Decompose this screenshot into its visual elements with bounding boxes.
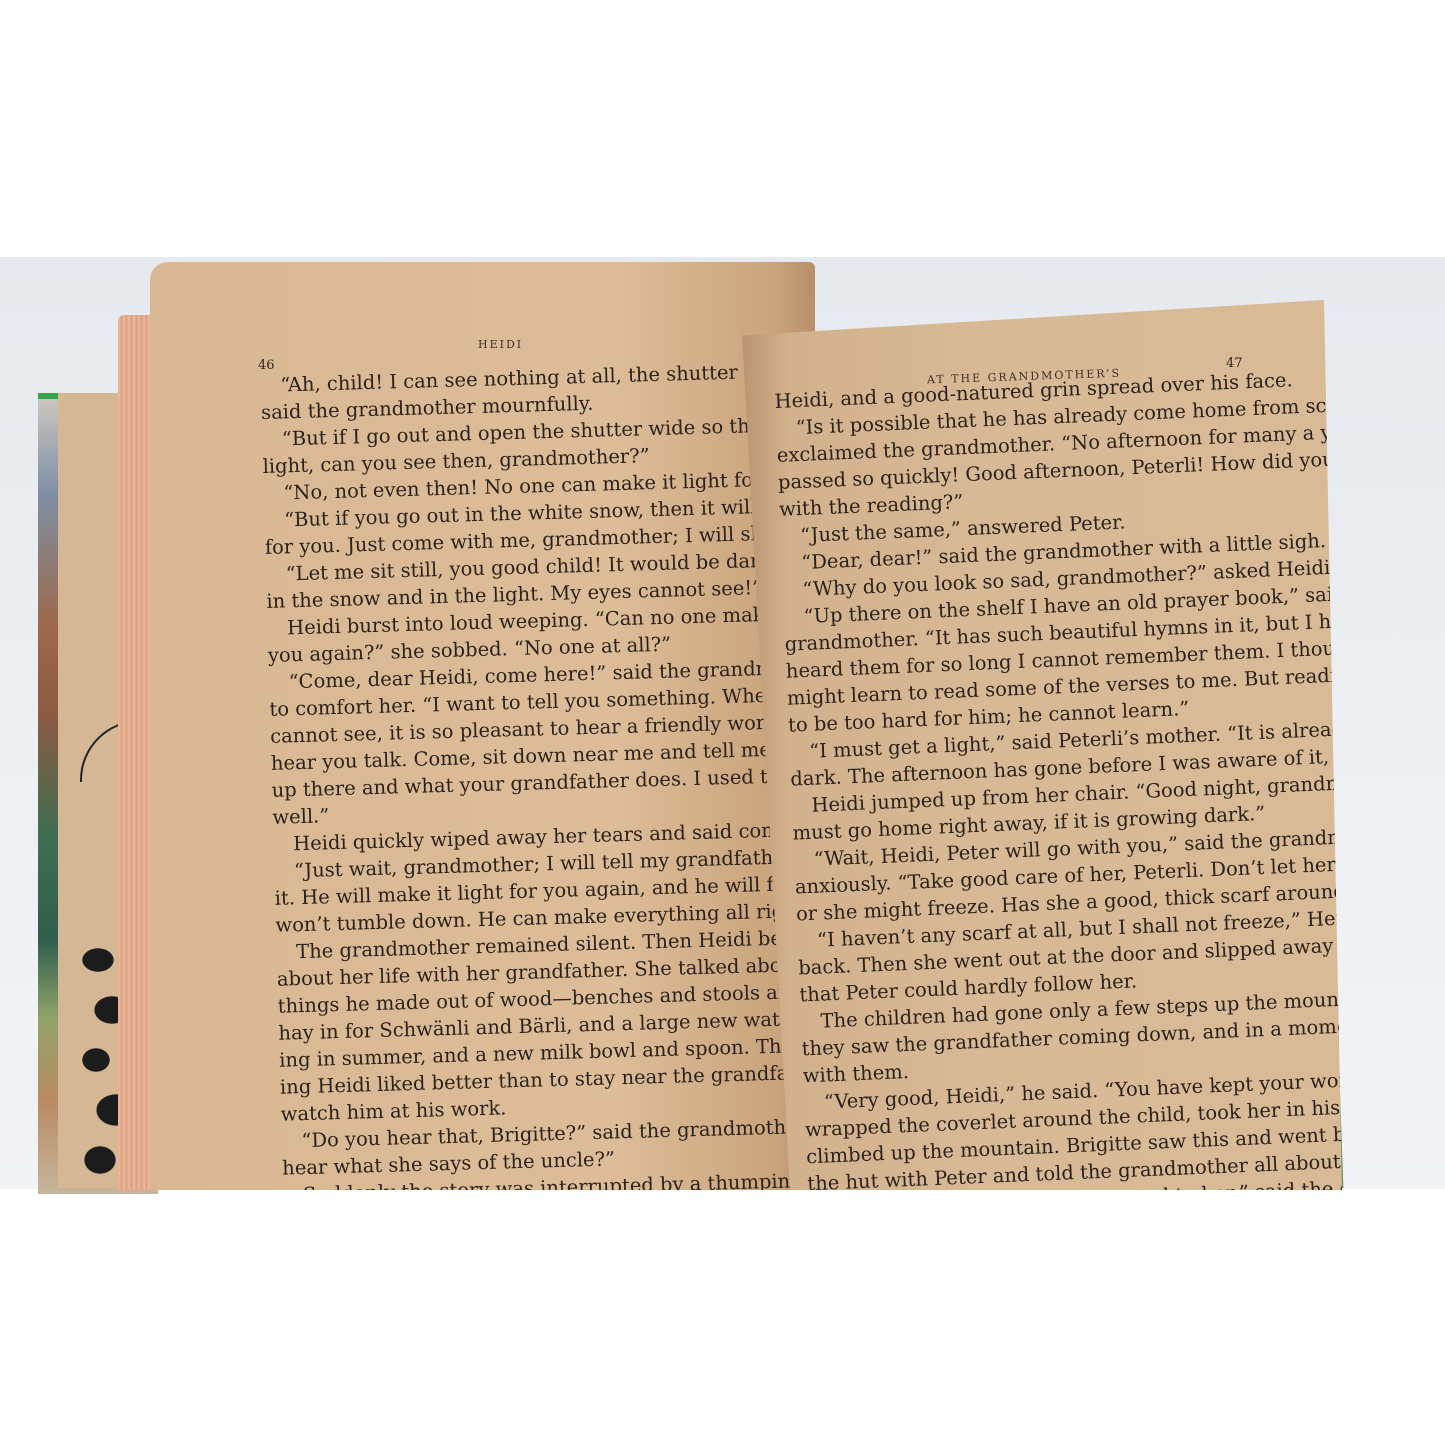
left-page[interactable]: HEIDI 46 “Ah, child! I can see nothing a… — [150, 262, 815, 1190]
page-text: “Ah, child! I can see nothing at all, th… — [260, 354, 815, 1190]
page-stack-edge — [118, 315, 154, 1190]
page-text: Heidi, and a good-natured grin spread ov… — [774, 360, 1342, 1190]
running-head: HEIDI — [478, 338, 523, 351]
right-page[interactable]: AT THE GRANDMOTHER’S 47 Heidi, and a goo… — [742, 300, 1342, 1190]
